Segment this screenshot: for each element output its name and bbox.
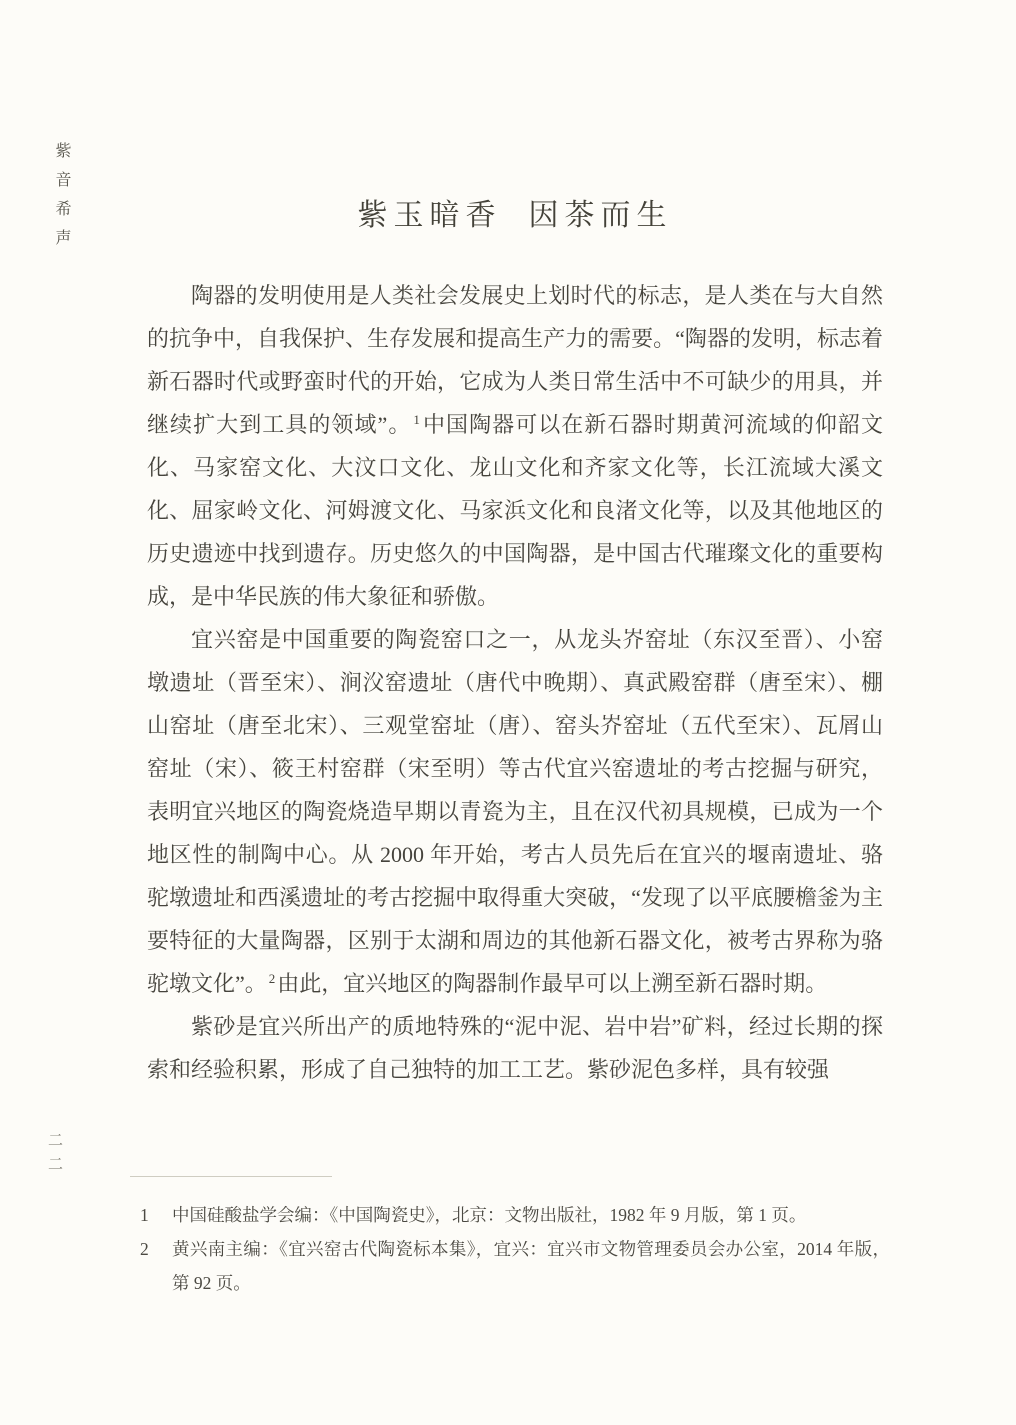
footnote-2-text: 黄兴南主编：《宜兴窑古代陶瓷标本集》，宜兴：宜兴市文物管理委员会办公室，2014… [172,1232,890,1300]
body-text: 陶器的发明使用是人类社会发展史上划时代的标志，是人类在与大自然的抗争中，自我保护… [147,274,883,1091]
paragraph-1-text-continued: 中国陶器可以在新石器时期黄河流域的仰韶文化、马家窑文化、大汶口文化、龙山文化和齐… [147,412,883,609]
paragraph-1: 陶器的发明使用是人类社会发展史上划时代的标志，是人类在与大自然的抗争中，自我保护… [147,274,883,618]
footnote-1-marker: 1 [140,1198,172,1232]
footnotes-section: 1 中国硅酸盐学会编：《中国陶瓷史》，北京：文物出版社，1982 年 9 月版，… [140,1198,890,1300]
paragraph-3: 紫砂是宜兴所出产的质地特殊的“泥中泥、岩中岩”矿料，经过长期的探索和经验积累，形… [147,1005,883,1091]
chapter-title: 紫玉暗香 因茶而生 [147,190,883,234]
spine-running-title: 紫音希声 [50,142,73,258]
paragraph-2-text-continued: 由此，宜兴地区的陶器制作最早可以上溯至新石器时期。 [277,971,827,996]
footnote-2: 2 黄兴南主编：《宜兴窑古代陶瓷标本集》，宜兴：宜兴市文物管理委员会办公室，20… [140,1232,890,1300]
footnote-1: 1 中国硅酸盐学会编：《中国陶瓷史》，北京：文物出版社，1982 年 9 月版，… [140,1198,890,1232]
footnote-1-text: 中国硅酸盐学会编：《中国陶瓷史》，北京：文物出版社，1982 年 9 月版，第 … [172,1198,890,1232]
footnote-divider [130,1176,332,1177]
footnote-2-marker: 2 [140,1232,172,1266]
book-page: 紫音希声 紫玉暗香 因茶而生 陶器的发明使用是人类社会发展史上划时代的标志，是人… [0,0,1016,1425]
page-number: 二二 [44,1132,65,1180]
footnote-ref-1: 1 [411,412,422,427]
paragraph-2-text: 宜兴窑是中国重要的陶瓷窑口之一，从龙头岕窑址（东汉至晋）、小窑墩遗址（晋至宋）、… [147,627,883,996]
paragraph-2: 宜兴窑是中国重要的陶瓷窑口之一，从龙头岕窑址（东汉至晋）、小窑墩遗址（晋至宋）、… [147,618,883,1005]
paragraph-3-text: 紫砂是宜兴所出产的质地特殊的“泥中泥、岩中岩”矿料，经过长期的探索和经验积累，形… [147,1014,883,1082]
footnote-ref-2: 2 [267,971,278,986]
